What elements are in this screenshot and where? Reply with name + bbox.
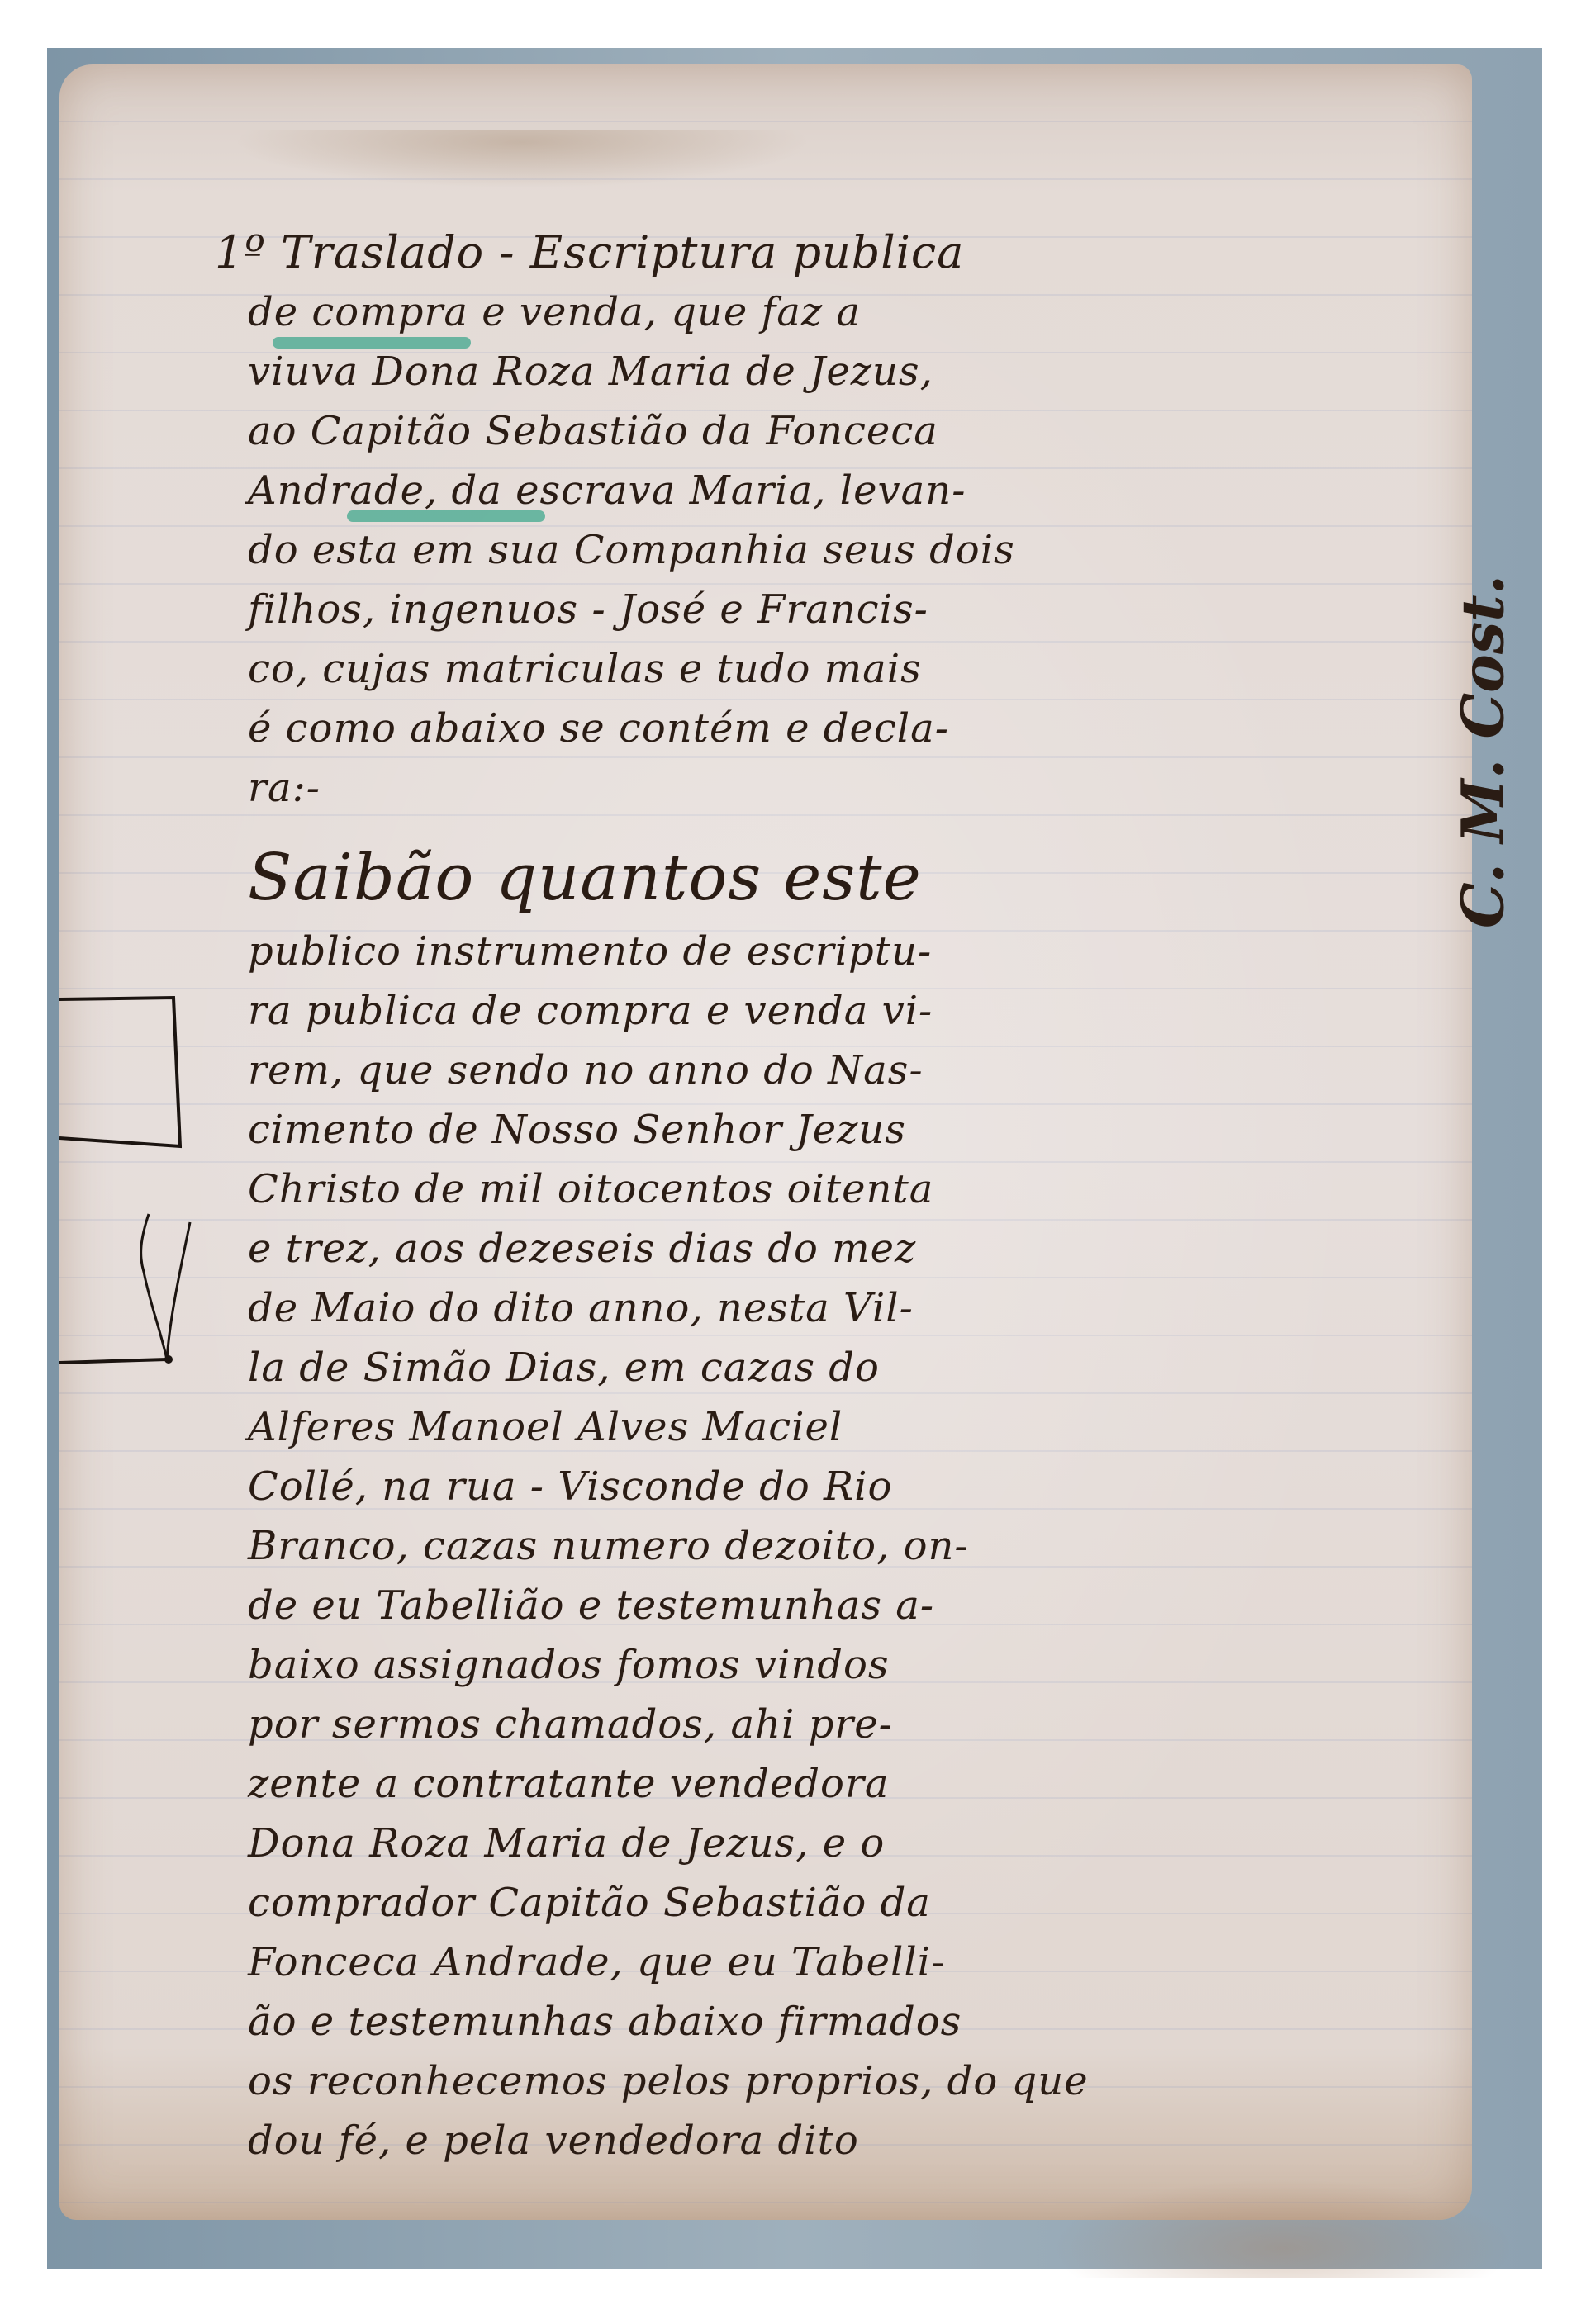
margin-signature: C. M. Cost. — [1396, 462, 1569, 1041]
heading-line: co, cujas matriculas e tudo mais — [215, 639, 1305, 699]
body-line: Branco, cazas numero dezoito, on- — [215, 1516, 1305, 1576]
body-line: de eu Tabellião e testemunhas a- — [215, 1576, 1305, 1635]
heading-line: de compra e venda, que faz a — [215, 282, 1305, 342]
heading-line: ra:- — [215, 758, 1305, 818]
body-line: ra publica de compra e venda vi- — [215, 981, 1305, 1041]
heading-line: do esta em sua Companhia seus dois — [215, 520, 1305, 580]
deed-text: 1º Traslado - Escriptura publica de comp… — [215, 223, 1305, 2170]
body-line: Fonceca Andrade, que eu Tabelli- — [215, 1933, 1305, 1992]
body-line: zente a contratante vendedora — [215, 1754, 1305, 1814]
body-line: Collé, na rua - Visconde do Rio — [215, 1457, 1305, 1516]
arrow-mark-icon — [58, 1189, 198, 1387]
body-line: baixo assignados fomos vindos — [215, 1635, 1305, 1695]
deed-heading: 1º Traslado - Escriptura publica de comp… — [215, 223, 1305, 818]
heading-line: é como abaixo se contém e decla- — [215, 699, 1305, 758]
body-line: de Maio do dito anno, nesta Vil- — [215, 1278, 1305, 1338]
body-opening-line: Saibão quantos este — [215, 834, 1305, 922]
body-line: rem, que sendo no anno do Nas- — [215, 1041, 1305, 1100]
body-line: cimento de Nosso Senhor Jezus — [215, 1100, 1305, 1160]
heading-line: Andrade, da escrava Maria, levan- — [215, 461, 1305, 520]
body-line: Alferes Manoel Alves Maciel — [215, 1397, 1305, 1457]
heading-line: 1º Traslado - Escriptura publica — [215, 223, 1305, 282]
body-line: Dona Roza Maria de Jezus, e o — [215, 1814, 1305, 1873]
heading-line: viuva Dona Roza Maria de Jezus, — [215, 342, 1305, 401]
heading-line: ao Capitão Sebastião da Fonceca — [215, 401, 1305, 461]
body-line: dou fé, e pela vendedora dito — [215, 2111, 1305, 2170]
body-line: Christo de mil oitocentos oitenta — [215, 1160, 1305, 1219]
water-stain-bottom — [1051, 2179, 1513, 2278]
body-line: ão e testemunhas abaixo firmados — [215, 1992, 1305, 2051]
body-line: por sermos chamados, ahi pre- — [215, 1695, 1305, 1754]
water-stain-top — [233, 130, 811, 188]
body-line: e trez, aos dezeseis dias do mez — [215, 1219, 1305, 1278]
heading-line: filhos, ingenuos - José e Francis- — [215, 580, 1305, 639]
signature-text: C. M. Cost. — [1449, 575, 1517, 928]
body-line: comprador Capitão Sebastião da — [215, 1873, 1305, 1933]
body-line: os reconhecemos pelos proprios, do que — [215, 2051, 1305, 2111]
deed-body: Saibão quantos este publico instrumento … — [215, 834, 1305, 2170]
body-line: publico instrumento de escriptu- — [215, 922, 1305, 981]
body-line: la de Simão Dias, em cazas do — [215, 1338, 1305, 1397]
bracket-mark-icon — [58, 991, 182, 1156]
